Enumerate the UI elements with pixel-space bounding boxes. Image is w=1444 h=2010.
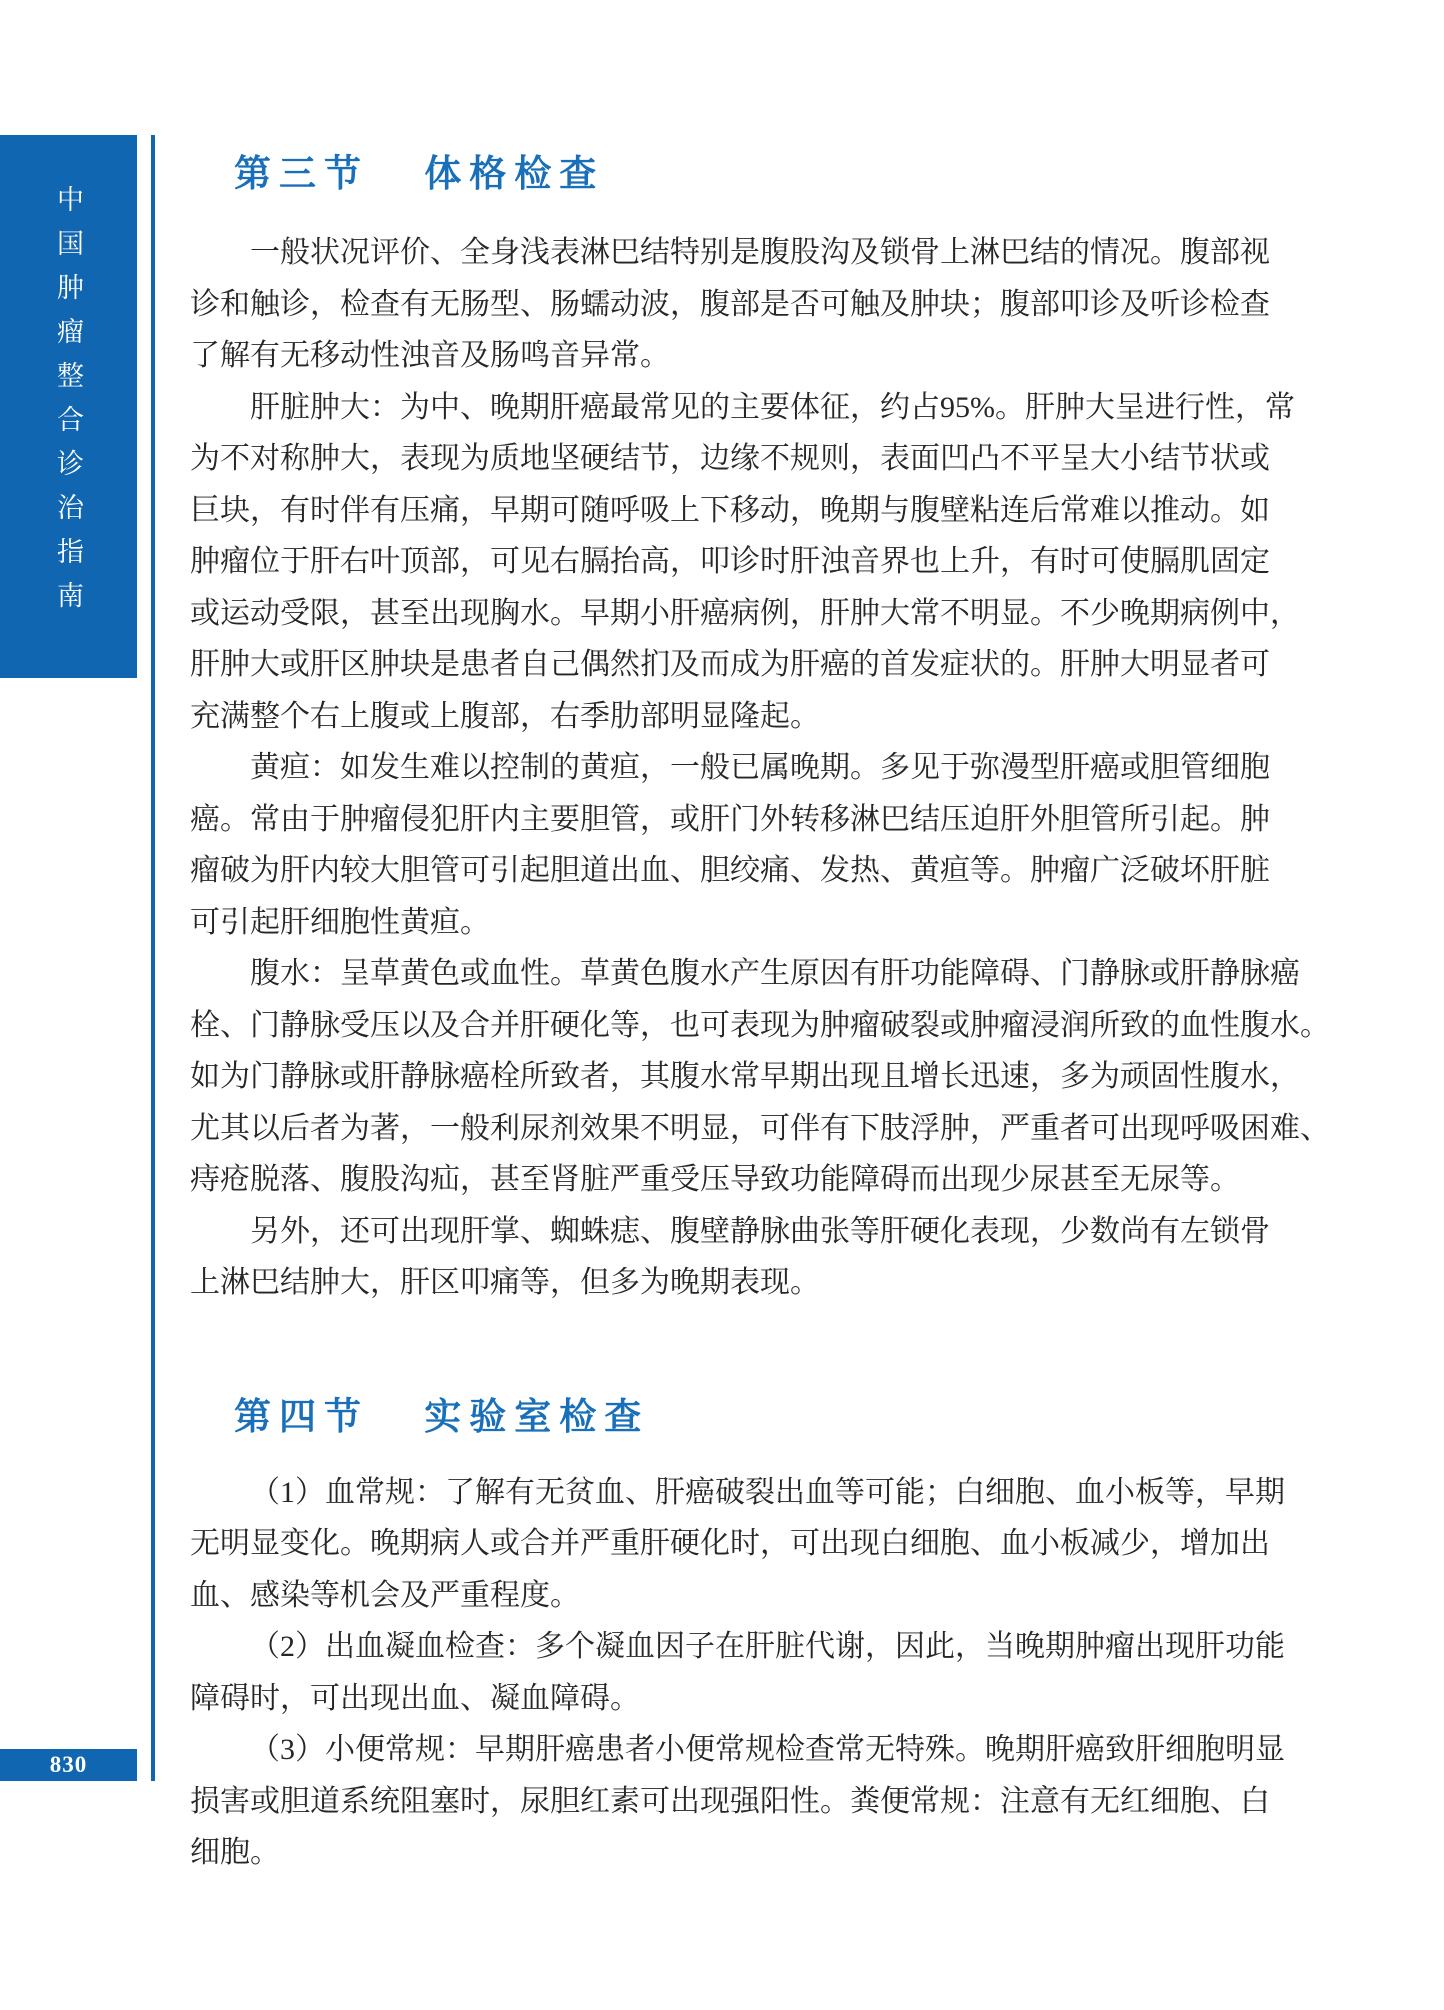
text-line: 腹水：呈草黄色或血性。草黄色腹水产生原因有肝功能障碍、门静脉或肝静脉癌	[190, 948, 1270, 1000]
text-line: 血、感染等机会及严重程度。	[190, 1570, 1270, 1622]
text-line: 肝肿大或肝区肿块是患者自己偶然扪及而成为肝癌的首发症状的。肝肿大明显者可	[190, 639, 1270, 691]
text-line: 痔疮脱落、腹股沟疝，甚至肾脏严重受压导致功能障碍而出现少尿甚至无尿等。	[190, 1154, 1270, 1206]
text-line: 如为门静脉或肝静脉癌栓所致者，其腹水常早期出现且增长迅速，多为顽固性腹水，	[190, 1051, 1270, 1103]
text-line: 另外，还可出现肝掌、蜘蛛痣、腹壁静脉曲张等肝硬化表现，少数尚有左锁骨	[190, 1206, 1270, 1258]
section-body-laboratory-exam: （1）血常规：了解有无贫血、肝癌破裂出血等可能；白细胞、血小板等，早期无明显变化…	[190, 1467, 1270, 1879]
text-line: 栓、门静脉受压以及合并肝硬化等，也可表现为肿瘤破裂或肿瘤浸润所致的血性腹水。	[190, 1000, 1270, 1052]
text-line: 诊和触诊，检查有无肠型、肠蠕动波，腹部是否可触及肿块；腹部叩诊及听诊检查	[190, 279, 1270, 331]
section-label: 第三节	[234, 154, 369, 195]
sidebar-band: 中国肿瘤整合诊治指南	[0, 135, 137, 678]
text-line: 了解有无移动性浊音及肠鸣音异常。	[190, 330, 1270, 382]
paragraph: （3）小便常规：早期肝癌患者小便常规检查常无特殊。晚期肝癌致肝细胞明显损害或胆道…	[190, 1724, 1270, 1879]
text-line: 充满整个右上腹或上腹部，右季肋部明显隆起。	[190, 691, 1270, 743]
section-body-physical-exam: 一般状况评价、全身浅表淋巴结特别是腹股沟及锁骨上淋巴结的情况。腹部视诊和触诊，检…	[190, 227, 1270, 1309]
paragraph: 黄疸：如发生难以控制的黄疸，一般已属晚期。多见于弥漫型肝癌或胆管细胞癌。常由于肿…	[190, 742, 1270, 948]
text-line: 上淋巴结肿大，肝区叩痛等，但多为晚期表现。	[190, 1257, 1270, 1309]
text-line: （1）血常规：了解有无贫血、肝癌破裂出血等可能；白细胞、血小板等，早期	[190, 1467, 1270, 1519]
content-area: 第三节 体格检查 一般状况评价、全身浅表淋巴结特别是腹股沟及锁骨上淋巴结的情况。…	[190, 150, 1270, 1879]
page-number: 830	[50, 1752, 88, 1778]
text-line: 损害或胆道系统阻塞时，尿胆红素可出现强阳性。粪便常规：注意有无红细胞、白	[190, 1776, 1270, 1828]
paragraph: （1）血常规：了解有无贫血、肝癌破裂出血等可能；白细胞、血小板等，早期无明显变化…	[190, 1467, 1270, 1622]
page-number-badge: 830	[0, 1749, 137, 1781]
text-line: 肝脏肿大：为中、晚期肝癌最常见的主要体征，约占95%。肝肿大呈进行性，常	[190, 382, 1270, 434]
paragraph: （2）出血凝血检查：多个凝血因子在肝脏代谢，因此，当晚期肿瘤出现肝功能障碍时，可…	[190, 1621, 1270, 1724]
text-line: 尤其以后者为著，一般利尿剂效果不明显，可伴有下肢浮肿，严重者可出现呼吸困难、	[190, 1103, 1270, 1155]
text-line: 或运动受限，甚至出现胸水。早期小肝癌病例，肝肿大常不明显。不少晚期病例中，	[190, 588, 1270, 640]
section-heading-3: 第三节 体格检查	[234, 150, 1270, 200]
text-line: 细胞。	[190, 1827, 1270, 1879]
paragraph: 一般状况评价、全身浅表淋巴结特别是腹股沟及锁骨上淋巴结的情况。腹部视诊和触诊，检…	[190, 227, 1270, 382]
section-label: 第四节	[234, 1397, 369, 1438]
text-line: 可引起肝细胞性黄疸。	[190, 897, 1270, 949]
text-line: 障碍时，可出现出血、凝血障碍。	[190, 1673, 1270, 1725]
section-heading-4: 第四节 实验室检查	[234, 1393, 1270, 1443]
text-line: 癌。常由于肿瘤侵犯肝内主要胆管，或肝门外转移淋巴结压迫肝外胆管所引起。肿	[190, 794, 1270, 846]
text-line: 黄疸：如发生难以控制的黄疸，一般已属晚期。多见于弥漫型肝癌或胆管细胞	[190, 742, 1270, 794]
paragraph: 肝脏肿大：为中、晚期肝癌最常见的主要体征，约占95%。肝肿大呈进行性，常为不对称…	[190, 382, 1270, 743]
paragraph: 腹水：呈草黄色或血性。草黄色腹水产生原因有肝功能障碍、门静脉或肝静脉癌栓、门静脉…	[190, 948, 1270, 1206]
sidebar-vertical-title: 中国肿瘤整合诊治指南	[49, 185, 88, 678]
section-title: 体格检查	[424, 154, 604, 195]
text-line: 瘤破为肝内较大胆管可引起胆道出血、胆绞痛、发热、黄疸等。肿瘤广泛破坏肝脏	[190, 845, 1270, 897]
text-line: 巨块，有时伴有压痛，早期可随呼吸上下移动，晚期与腹壁粘连后常难以推动。如	[190, 485, 1270, 537]
text-line: 无明显变化。晚期病人或合并严重肝硬化时，可出现白细胞、血小板减少，增加出	[190, 1518, 1270, 1570]
book-page: 中国肿瘤整合诊治指南 830 第三节 体格检查 一般状况评价、全身浅表淋巴结特别…	[0, 0, 1444, 2010]
paragraph: 另外，还可出现肝掌、蜘蛛痣、腹壁静脉曲张等肝硬化表现，少数尚有左锁骨上淋巴结肿大…	[190, 1206, 1270, 1309]
vertical-divider	[151, 135, 155, 1781]
text-line: 肿瘤位于肝右叶顶部，可见右膈抬高，叩诊时肝浊音界也上升，有时可使膈肌固定	[190, 536, 1270, 588]
text-line: （3）小便常规：早期肝癌患者小便常规检查常无特殊。晚期肝癌致肝细胞明显	[190, 1724, 1270, 1776]
text-line: 一般状况评价、全身浅表淋巴结特别是腹股沟及锁骨上淋巴结的情况。腹部视	[190, 227, 1270, 279]
text-line: （2）出血凝血检查：多个凝血因子在肝脏代谢，因此，当晚期肿瘤出现肝功能	[190, 1621, 1270, 1673]
text-line: 为不对称肿大，表现为质地坚硬结节，边缘不规则，表面凹凸不平呈大小结节状或	[190, 433, 1270, 485]
section-title: 实验室检查	[424, 1397, 649, 1438]
